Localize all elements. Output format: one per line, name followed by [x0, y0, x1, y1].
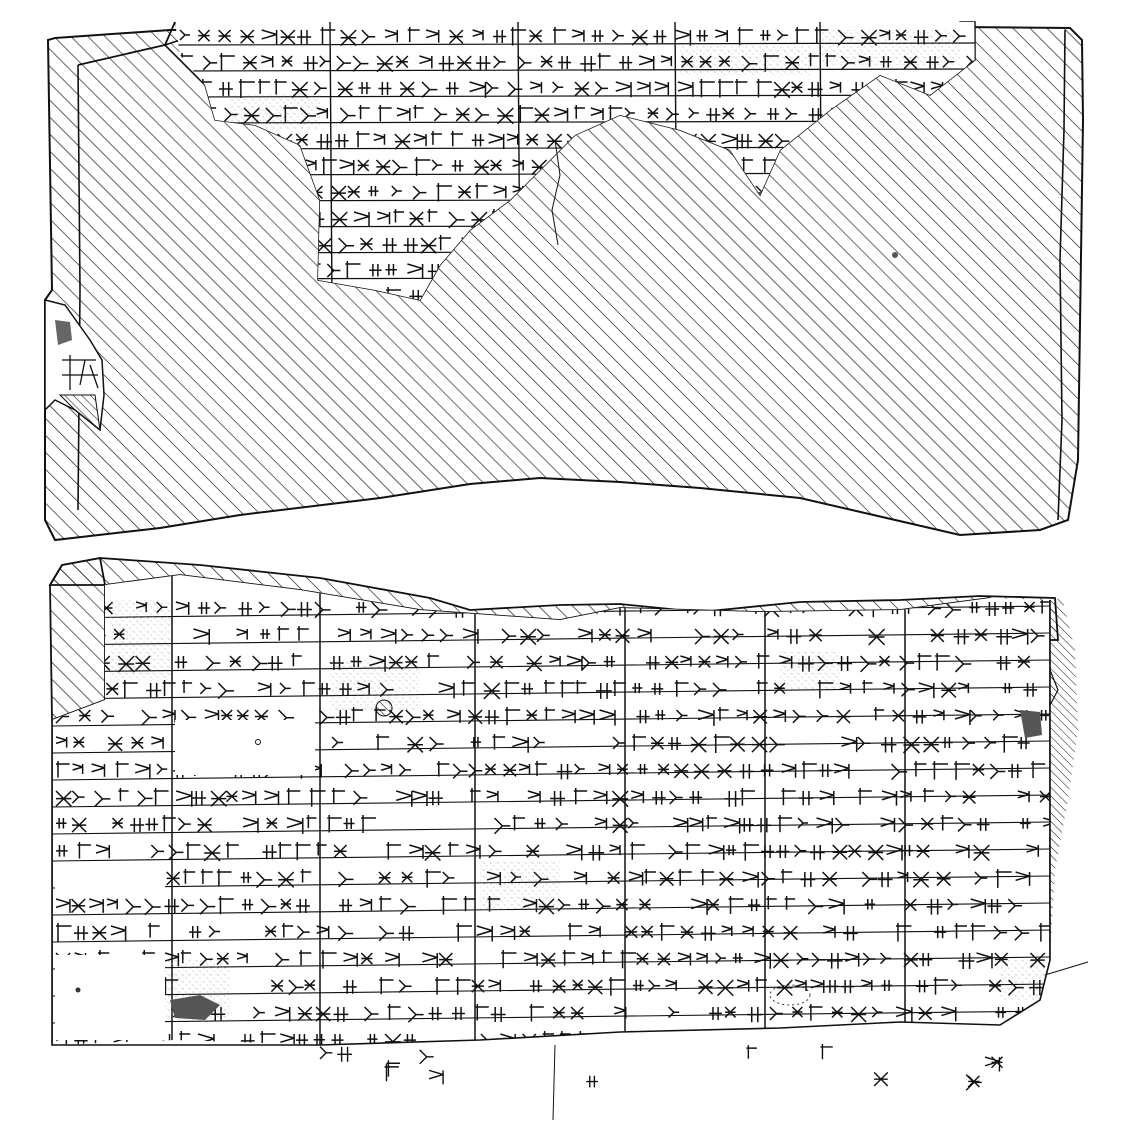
lower-left-edge — [50, 558, 105, 720]
lower-right-edge — [1050, 598, 1078, 960]
tablet-drawing — [0, 0, 1124, 1141]
lower-face — [40, 558, 1088, 1120]
upper-face — [45, 20, 1083, 540]
tablet-svg — [0, 0, 1124, 1141]
